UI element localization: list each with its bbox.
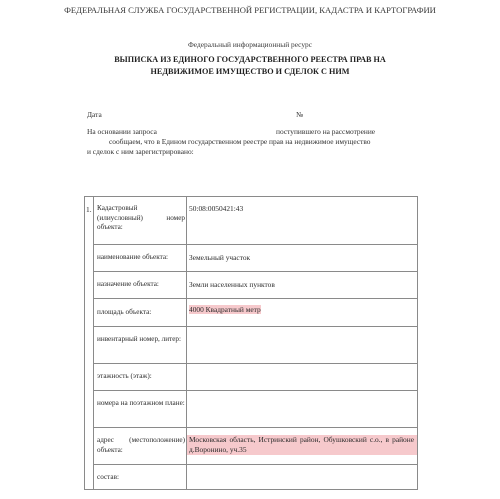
- row-label: площадь объекта:: [97, 308, 185, 318]
- number-label: №: [296, 110, 303, 119]
- row-value: Земли населенных пунктов: [189, 280, 413, 290]
- item-number: 1.: [86, 205, 92, 214]
- row-label: этажность (этаж):: [97, 372, 185, 382]
- table-row: адрес (местоположение) объекта: Московск…: [94, 428, 417, 465]
- resource-subheading: Федеральный информационный ресурс: [0, 40, 500, 49]
- date-label: Дата: [87, 110, 102, 119]
- row-label: номера на поэтажном плане:: [97, 399, 185, 409]
- row-label: адрес (местоположение) объекта:: [97, 436, 185, 455]
- table-row: Кадастровый (илиусловный) номер объекта:…: [94, 197, 417, 245]
- statement-line-2: и сделок с ним зарегистрировано:: [87, 147, 194, 156]
- area-value-highlight: 4000 Квадратный метр: [189, 305, 261, 314]
- document-title: ВЫПИСКА ИЗ ЕДИНОГО ГОСУДАРСТВЕННОГО РЕЕС…: [95, 54, 405, 78]
- received-text: поступившего на рассмотрение: [276, 127, 375, 136]
- row-value: Земельный участок: [189, 253, 413, 263]
- row-label: Кадастровый (илиусловный) номер объекта:: [97, 204, 185, 233]
- table-row: состав:: [94, 465, 417, 491]
- table-row: этажность (этаж):: [94, 364, 417, 391]
- table-row: номера на поэтажном плане:: [94, 391, 417, 428]
- table-row: площадь объекта: 4000 Квадратный метр: [94, 299, 417, 327]
- document-page: ФЕДЕРАЛЬНАЯ СЛУЖБА ГОСУДАРСТВЕННОЙ РЕГИС…: [0, 0, 500, 499]
- agency-heading: ФЕДЕРАЛЬНАЯ СЛУЖБА ГОСУДАРСТВЕННОЙ РЕГИС…: [0, 4, 500, 16]
- row-label: состав:: [97, 473, 185, 483]
- table-row: назначение объекта: Земли населенных пун…: [94, 272, 417, 299]
- statement-line-1: сообщаем, что в Едином государственном р…: [109, 137, 371, 146]
- table-row: инвентарный номер, литер:: [94, 327, 417, 364]
- address-value-highlight: Московская область, Истринский район, Об…: [187, 435, 417, 455]
- row-label: инвентарный номер, литер:: [97, 335, 185, 345]
- property-table: 1. Кадастровый (илиусловный) номер объек…: [84, 196, 418, 490]
- row-label: назначение объекта:: [97, 280, 185, 290]
- row-value: 50:08:0050421:43: [189, 204, 413, 214]
- row-label: наименование объекта:: [97, 253, 185, 263]
- request-label: На основании запроса: [87, 127, 157, 136]
- table-row: наименование объекта: Земельный участок: [94, 245, 417, 272]
